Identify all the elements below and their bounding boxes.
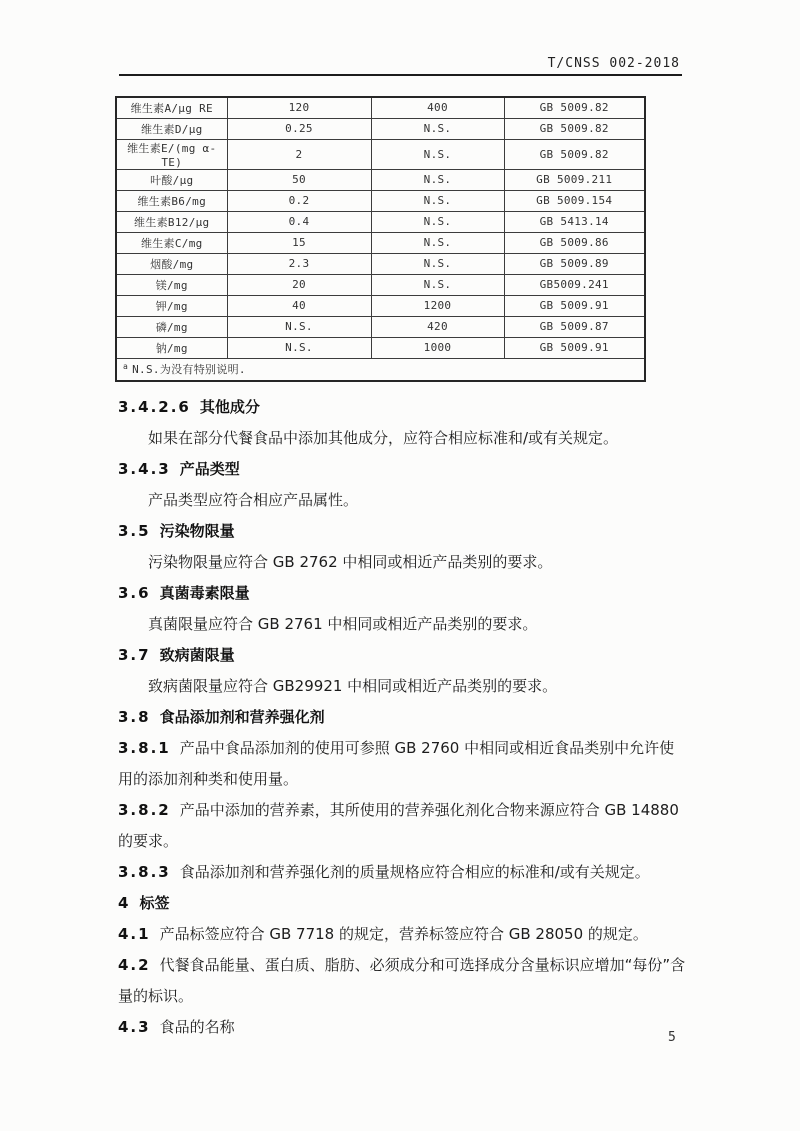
table-row: 磷/mg N.S. 420 GB 5009.87 — [116, 316, 645, 337]
table-row: 维生素D/μg 0.25 N.S. GB 5009.82 — [116, 118, 645, 139]
clause-text: 代餐食品能量、蛋白质、脂肪、必须成分和可选择成分含量标识应增加“每份”含量的标识… — [118, 956, 685, 1005]
nutrient-name-cell: 维生素E/(mg α-TE) — [116, 139, 227, 169]
min-value-cell: 40 — [227, 295, 371, 316]
clause-paragraph: 如果在部分代餐食品中添加其他成分，应符合相应标准和/或有关规定。 — [118, 423, 688, 454]
clause-text: 产品中添加的营养素，其所使用的营养强化剂化合物来源应符合 GB 14880 的要… — [118, 801, 679, 850]
clause-number: 4.3 — [118, 1018, 151, 1036]
clause-number: 3.4.2.6 — [118, 398, 191, 416]
table-row: 维生素B6/mg 0.2 N.S. GB 5009.154 — [116, 190, 645, 211]
section-heading-3-6: 3.6真菌毒素限量 — [118, 578, 688, 609]
table-row: 镁/mg 20 N.S. GB5009.241 — [116, 274, 645, 295]
min-value-cell: N.S. — [227, 337, 371, 358]
nutrient-name-cell: 维生素D/μg — [116, 118, 227, 139]
clause-paragraph: 污染物限量应符合 GB 2762 中相同或相近产品类别的要求。 — [118, 547, 688, 578]
table-row: 叶酸/μg 50 N.S. GB 5009.211 — [116, 169, 645, 190]
test-method-cell: GB 5009.89 — [504, 253, 645, 274]
nutrient-name-cell: 磷/mg — [116, 316, 227, 337]
clause-paragraph: 产品类型应符合相应产品属性。 — [118, 485, 688, 516]
test-method-cell: GB 5009.82 — [504, 139, 645, 169]
max-value-cell: N.S. — [371, 118, 504, 139]
table-row: 钠/mg N.S. 1000 GB 5009.91 — [116, 337, 645, 358]
document-body: 3.4.2.6其他成分 如果在部分代餐食品中添加其他成分，应符合相应标准和/或有… — [118, 392, 688, 1043]
test-method-cell: GB 5009.91 — [504, 295, 645, 316]
max-value-cell: N.S. — [371, 232, 504, 253]
max-value-cell: 1000 — [371, 337, 504, 358]
test-method-cell: GB 5009.82 — [504, 118, 645, 139]
clause-title: 真菌毒素限量 — [160, 584, 250, 602]
clause-title: 其他成分 — [200, 398, 260, 416]
section-heading-3-4-2-6: 3.4.2.6其他成分 — [118, 392, 688, 423]
clause-text: 产品标签应符合 GB 7718 的规定，营养标签应符合 GB 28050 的规定… — [160, 925, 648, 943]
document-page: T/CNSS 002-2018 维生素A/μg RE 120 400 GB 50… — [0, 0, 800, 1131]
min-value-cell: 2 — [227, 139, 371, 169]
table-row: 烟酸/mg 2.3 N.S. GB 5009.89 — [116, 253, 645, 274]
max-value-cell: N.S. — [371, 274, 504, 295]
footnote-text: N.S.为没有特别说明. — [132, 363, 246, 376]
clause-3-8-3: 3.8.3食品添加剂和营养强化剂的质量规格应符合相应的标准和/或有关规定。 — [118, 857, 688, 888]
max-value-cell: N.S. — [371, 253, 504, 274]
clause-text: 产品中食品添加剂的使用可参照 GB 2760 中相同或相近食品类别中允许使用的添… — [118, 739, 674, 788]
table-footnote: aN.S.为没有特别说明. — [116, 358, 645, 381]
min-value-cell: 0.25 — [227, 118, 371, 139]
footnote-marker: a — [123, 362, 128, 371]
nutrient-limits-table: 维生素A/μg RE 120 400 GB 5009.82 维生素D/μg 0.… — [115, 96, 646, 382]
section-heading-3-4-3: 3.4.3产品类型 — [118, 454, 688, 485]
clause-number: 3.7 — [118, 646, 151, 664]
max-value-cell: N.S. — [371, 211, 504, 232]
max-value-cell: 420 — [371, 316, 504, 337]
test-method-cell: GB 5009.86 — [504, 232, 645, 253]
table-row: 维生素A/μg RE 120 400 GB 5009.82 — [116, 97, 645, 118]
min-value-cell: 50 — [227, 169, 371, 190]
table-row: 维生素C/mg 15 N.S. GB 5009.86 — [116, 232, 645, 253]
clause-title: 产品类型 — [180, 460, 240, 478]
test-method-cell: GB5009.241 — [504, 274, 645, 295]
clause-number: 4.1 — [118, 925, 151, 943]
min-value-cell: 120 — [227, 97, 371, 118]
table-row: 维生素E/(mg α-TE) 2 N.S. GB 5009.82 — [116, 139, 645, 169]
clause-title: 标签 — [139, 894, 169, 912]
header-rule — [119, 74, 682, 76]
clause-number: 3.8 — [118, 708, 151, 726]
min-value-cell: N.S. — [227, 316, 371, 337]
clause-number: 3.5 — [118, 522, 151, 540]
min-value-cell: 2.3 — [227, 253, 371, 274]
nutrient-name-cell: 叶酸/μg — [116, 169, 227, 190]
min-value-cell: 0.4 — [227, 211, 371, 232]
clause-3-8-1: 3.8.1产品中食品添加剂的使用可参照 GB 2760 中相同或相近食品类别中允… — [118, 733, 688, 795]
table-row: 维生素B12/μg 0.4 N.S. GB 5413.14 — [116, 211, 645, 232]
test-method-cell: GB 5009.91 — [504, 337, 645, 358]
clause-number: 4.2 — [118, 956, 151, 974]
test-method-cell: GB 5009.82 — [504, 97, 645, 118]
clause-number: 3.8.1 — [118, 739, 171, 757]
max-value-cell: 400 — [371, 97, 504, 118]
section-heading-3-7: 3.7致病菌限量 — [118, 640, 688, 671]
test-method-cell: GB 5009.211 — [504, 169, 645, 190]
section-heading-3-5: 3.5污染物限量 — [118, 516, 688, 547]
clause-number: 4 — [118, 894, 130, 912]
clause-4-1: 4.1产品标签应符合 GB 7718 的规定，营养标签应符合 GB 28050 … — [118, 919, 688, 950]
min-value-cell: 15 — [227, 232, 371, 253]
section-heading-4: 4标签 — [118, 888, 688, 919]
test-method-cell: GB 5009.87 — [504, 316, 645, 337]
table-footnote-row: aN.S.为没有特别说明. — [116, 358, 645, 381]
nutrient-name-cell: 镁/mg — [116, 274, 227, 295]
max-value-cell: N.S. — [371, 139, 504, 169]
clause-title: 污染物限量 — [160, 522, 235, 540]
clause-number: 3.8.2 — [118, 801, 171, 819]
page-number: 5 — [668, 1030, 676, 1045]
min-value-cell: 0.2 — [227, 190, 371, 211]
nutrient-name-cell: 维生素B12/μg — [116, 211, 227, 232]
max-value-cell: N.S. — [371, 169, 504, 190]
clause-4-2: 4.2代餐食品能量、蛋白质、脂肪、必须成分和可选择成分含量标识应增加“每份”含量… — [118, 950, 688, 1012]
clause-number: 3.6 — [118, 584, 151, 602]
test-method-cell: GB 5009.154 — [504, 190, 645, 211]
nutrient-name-cell: 烟酸/mg — [116, 253, 227, 274]
clause-4-3: 4.3食品的名称 — [118, 1012, 688, 1043]
nutrient-name-cell: 钠/mg — [116, 337, 227, 358]
nutrient-name-cell: 钾/mg — [116, 295, 227, 316]
clause-paragraph: 致病菌限量应符合 GB29921 中相同或相近产品类别的要求。 — [118, 671, 688, 702]
clause-text: 食品的名称 — [160, 1018, 235, 1036]
clause-title: 致病菌限量 — [160, 646, 235, 664]
max-value-cell: 1200 — [371, 295, 504, 316]
table-row: 钾/mg 40 1200 GB 5009.91 — [116, 295, 645, 316]
test-method-cell: GB 5413.14 — [504, 211, 645, 232]
clause-title: 食品添加剂和营养强化剂 — [160, 708, 325, 726]
clause-number: 3.4.3 — [118, 460, 171, 478]
clause-3-8-2: 3.8.2产品中添加的营养素，其所使用的营养强化剂化合物来源应符合 GB 148… — [118, 795, 688, 857]
section-heading-3-8: 3.8食品添加剂和营养强化剂 — [118, 702, 688, 733]
nutrient-name-cell: 维生素B6/mg — [116, 190, 227, 211]
document-number: T/CNSS 002-2018 — [548, 56, 680, 71]
nutrient-name-cell: 维生素A/μg RE — [116, 97, 227, 118]
clause-paragraph: 真菌限量应符合 GB 2761 中相同或相近产品类别的要求。 — [118, 609, 688, 640]
clause-number: 3.8.3 — [118, 863, 171, 881]
nutrient-name-cell: 维生素C/mg — [116, 232, 227, 253]
min-value-cell: 20 — [227, 274, 371, 295]
clause-text: 食品添加剂和营养强化剂的质量规格应符合相应的标准和/或有关规定。 — [180, 863, 650, 881]
max-value-cell: N.S. — [371, 190, 504, 211]
